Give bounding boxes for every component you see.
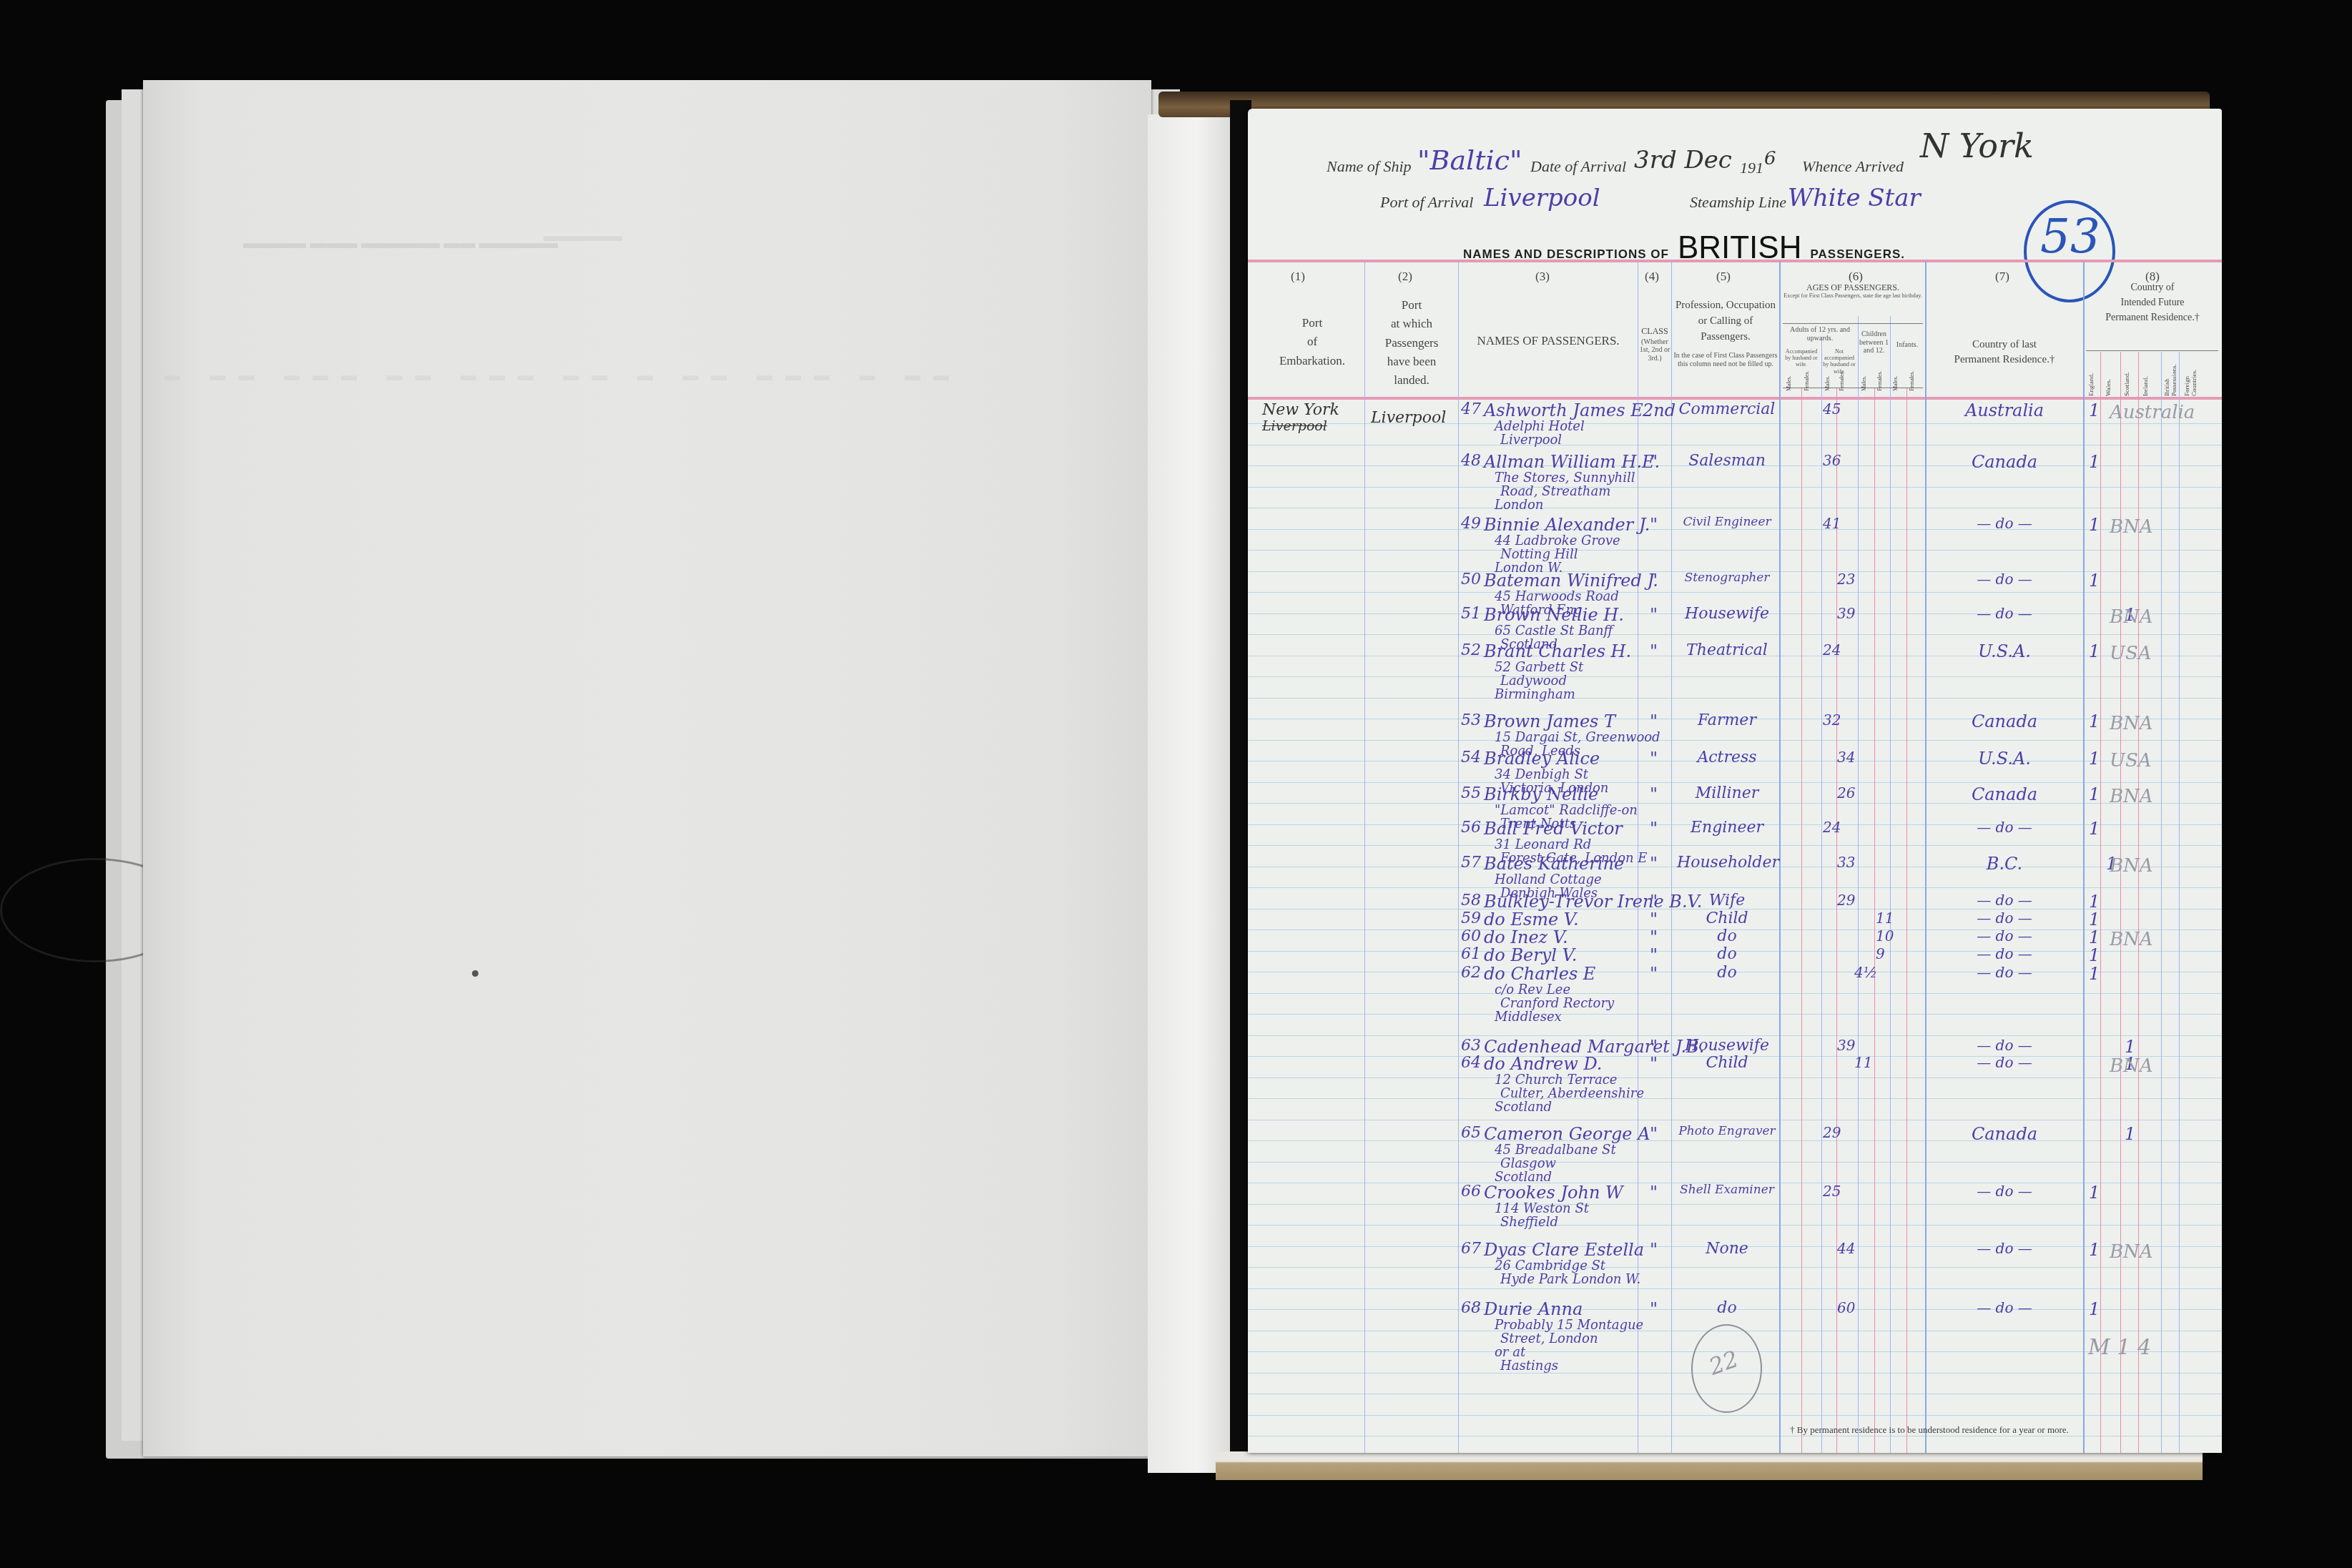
future-residence-note: BNA [2110, 606, 2153, 628]
passenger-name: Dyas Clare Estella [1484, 1240, 1644, 1260]
passenger-name: Ashworth James E [1484, 400, 1643, 420]
col-divider [1671, 261, 1672, 1453]
label-date-of-arrival: Date of Arrival [1530, 157, 1626, 176]
label-name-of-ship: Name of Ship [1327, 157, 1412, 176]
future-england-mark: 1 [2089, 515, 2100, 535]
last-residence: B.C. [1929, 854, 2080, 874]
passenger-name: Bateman Winifred J. [1484, 571, 1658, 591]
bleed-through-text: ▬▬▬▬ ▬▬▬ ▬▬▬▬▬ ▬▬ ▬▬▬▬▬ [243, 234, 558, 252]
col-number-3: (3) [1535, 270, 1550, 284]
age-subheader: Females. [1839, 348, 1845, 391]
passenger-class: " [1650, 515, 1658, 535]
future-england-mark: 1 [2089, 909, 2100, 930]
ruled-line [1248, 487, 2222, 488]
passenger-occupation: Actress [1677, 749, 1777, 766]
passenger-age: 24 [1823, 819, 1841, 836]
ruled-line [1248, 1267, 2222, 1268]
age-subheader: Males. [1861, 348, 1867, 391]
passenger-age: 9 [1876, 945, 1885, 962]
future-england-mark: 1 [2089, 749, 2100, 769]
last-residence: — do — [1929, 909, 2080, 927]
age-subcol-divider [1874, 388, 1875, 1453]
passenger-class: " [1650, 964, 1658, 984]
last-residence: Canada [1929, 1124, 2080, 1144]
passenger-name: Bates Katherine [1484, 854, 1624, 874]
passenger-occupation: Child [1677, 1054, 1777, 1072]
passenger-age: 11 [1854, 1054, 1872, 1071]
future-england-mark: 1 [2089, 711, 2100, 731]
passenger-number: 60 [1461, 927, 1481, 945]
passenger-number: 52 [1461, 641, 1481, 659]
passenger-number: 54 [1461, 749, 1481, 766]
value-whence-arrived: N York [1920, 127, 2034, 165]
passenger-number: 65 [1461, 1124, 1481, 1142]
last-residence: — do — [1929, 1037, 2080, 1054]
passenger-age: 36 [1823, 452, 1841, 469]
future-residence-subheader: Ireland. [2142, 353, 2149, 396]
passenger-occupation: do [1677, 1299, 1777, 1317]
passenger-number: 55 [1461, 784, 1481, 802]
ruled-line [1248, 445, 2222, 445]
age-subcol-divider [1821, 337, 1822, 1453]
passenger-occupation: Engineer [1677, 819, 1777, 837]
passenger-age: 39 [1837, 605, 1855, 622]
last-residence: U.S.A. [1929, 641, 2080, 661]
passenger-class: " [1650, 909, 1658, 930]
future-england-mark: 1 [2089, 571, 2100, 591]
inner-fold-page [1148, 114, 1230, 1473]
passenger-occupation: Housewife [1677, 1037, 1777, 1055]
last-residence: Canada [1929, 784, 2080, 804]
ruled-line [1248, 1162, 2222, 1163]
last-residence: — do — [1929, 1054, 2080, 1071]
ruled-line [1248, 1014, 2222, 1015]
passenger-name: Brown James T [1484, 711, 1615, 731]
ruled-line [1248, 782, 2222, 783]
passenger-name: Bulkley-Trevor Irene B.V. [1484, 892, 1702, 912]
passenger-occupation: Theatrical [1677, 641, 1777, 659]
passenger-number: 57 [1461, 854, 1481, 872]
footnote: † By permanent residence is to be unders… [1790, 1424, 2069, 1436]
last-residence: — do — [1929, 1299, 2080, 1316]
col-divider [1458, 261, 1459, 1453]
passenger-class: " [1650, 819, 1658, 839]
ruled-line [1248, 1035, 2222, 1036]
col-header-class: CLASS (Whether 1st, 2nd or 3rd.) [1638, 325, 1671, 363]
age-subcol-divider [1890, 316, 1891, 1453]
col-header-future-residence: Country of Intended Future Permanent Res… [2085, 280, 2220, 325]
passenger-class: " [1650, 1183, 1658, 1203]
passenger-address-line: Hastings [1500, 1360, 1558, 1374]
age-subheader: Males. [1786, 348, 1792, 391]
col-divider [1779, 261, 1781, 1453]
passenger-name: do Inez V. [1484, 927, 1568, 947]
col-header-occupation: Profession, Occupation or Calling of Pas… [1673, 298, 1778, 368]
passenger-class: " [1650, 1054, 1658, 1074]
age-subheader-line [1783, 323, 1923, 324]
passenger-class: " [1650, 927, 1658, 947]
age-subcol-divider [1906, 388, 1907, 1453]
paper-speck [472, 970, 478, 977]
passenger-class: " [1650, 452, 1658, 472]
future-england-mark: 1 [2089, 1299, 2100, 1319]
passenger-occupation: Salesman [1677, 452, 1777, 470]
passenger-name: Birkby Nellie [1484, 784, 1598, 804]
passenger-name: Crookes John W [1484, 1183, 1623, 1203]
last-residence: — do — [1929, 571, 2080, 588]
passenger-address-line: Birmingham [1495, 689, 1575, 702]
passenger-number: 58 [1461, 892, 1481, 909]
passenger-name: Brant Charles H. [1484, 641, 1631, 661]
passenger-occupation: do [1677, 945, 1777, 963]
tally-mark: M 1 4 [2088, 1335, 2151, 1360]
passenger-name: Binnie Alexander J. [1484, 515, 1650, 535]
passenger-occupation: Farmer [1677, 711, 1777, 729]
passenger-number: 49 [1461, 515, 1481, 533]
value-steamship-line: White Star [1788, 184, 1921, 212]
bleed-through-text: ▬ ▬▬ ▬▬▬ ▬▬ ▬▬▬ ▬▬ ▬ ▬▬ ▬▬▬ ▬ ▬▬ [164, 366, 1094, 385]
last-residence: Canada [1929, 711, 2080, 731]
passenger-name: Bradley Alice [1484, 749, 1600, 769]
passenger-occupation: None [1677, 1240, 1777, 1258]
age-subheader: Females. [1876, 348, 1883, 391]
future-residence-note: Australia [2110, 402, 2195, 423]
passenger-address-line: Liverpool [1500, 434, 1562, 448]
passenger-occupation: do [1677, 964, 1777, 982]
passenger-class: " [1650, 892, 1658, 912]
passenger-number: 48 [1461, 452, 1481, 470]
passenger-name: Allman William H.E. [1484, 452, 1660, 472]
passenger-number: 53 [1461, 711, 1481, 729]
col-number-2: (2) [1398, 270, 1412, 284]
last-residence: — do — [1929, 605, 2080, 622]
passenger-occupation: Civil Engineer [1677, 515, 1777, 529]
ruled-line [1248, 550, 2222, 551]
value-year-suffix: 6 [1764, 148, 1776, 169]
passenger-class: " [1650, 1124, 1658, 1144]
page-number: 53 [2040, 209, 2100, 264]
last-residence: — do — [1929, 892, 2080, 909]
last-residence: — do — [1929, 927, 2080, 945]
passenger-age: 41 [1823, 515, 1841, 532]
passenger-number: 67 [1461, 1240, 1481, 1258]
passenger-name: Cameron George A [1484, 1124, 1650, 1144]
embarkation-port: New York Liverpool [1262, 402, 1339, 434]
passenger-class: " [1650, 1240, 1658, 1260]
ruled-line [1248, 592, 2222, 593]
passenger-name: Durie Anna [1484, 1299, 1583, 1319]
col-header-port-landed: Port at which Passengers have been lande… [1366, 296, 1457, 390]
passenger-age: 24 [1823, 641, 1841, 659]
col-divider [1925, 261, 1927, 1453]
future-england-mark: 1 [2089, 1183, 2100, 1203]
passenger-class: " [1650, 571, 1658, 591]
passenger-age: 45 [1823, 400, 1841, 418]
passenger-occupation: Child [1677, 909, 1777, 927]
passenger-age: 60 [1837, 1299, 1855, 1316]
col-number-1: (1) [1291, 270, 1305, 284]
future-subcol-divider [2100, 352, 2101, 1453]
passenger-age: 4½ [1854, 964, 1877, 981]
future-england-mark: 1 [2089, 400, 2100, 420]
passenger-age: 29 [1837, 892, 1855, 909]
future-residence-subheader: British Possessions. [2163, 353, 2178, 396]
col-divider [2083, 261, 2085, 1453]
age-subcol-divider [1801, 388, 1802, 1453]
passenger-number: 51 [1461, 605, 1481, 623]
value-port-of-arrival: Liverpool [1484, 184, 1600, 212]
passenger-age: 11 [1876, 909, 1894, 927]
landed-port: Liverpool [1371, 409, 1446, 427]
age-subcol-divider [1836, 388, 1837, 1453]
passenger-number: 59 [1461, 909, 1481, 927]
left-page-blank[interactable]: ▬▬▬▬ ▬▬▬ ▬▬▬▬▬ ▬▬ ▬▬▬▬▬ ▬▬▬▬▬ ▬ ▬▬ ▬▬▬ ▬… [143, 80, 1151, 1456]
passenger-age: 10 [1876, 927, 1894, 945]
passenger-name: do Beryl V. [1484, 945, 1577, 965]
col-header-ages: AGES OF PASSENGERS. Except for First Cla… [1783, 282, 1923, 300]
passenger-class: " [1650, 749, 1658, 769]
last-residence: — do — [1929, 1183, 2080, 1200]
age-subcol-divider [1858, 316, 1859, 1453]
future-england-mark: 1 [2089, 1240, 2100, 1260]
last-residence: Australia [1929, 400, 2080, 420]
header-rule-bottom [1248, 397, 2222, 400]
col-number-5: (5) [1716, 270, 1731, 284]
passenger-age: 34 [1837, 749, 1855, 766]
passenger-age: 32 [1823, 711, 1841, 729]
ruled-line [1248, 634, 2222, 635]
passenger-occupation: Photo Engraver [1677, 1124, 1777, 1138]
ruled-line [1248, 740, 2222, 741]
future-residence-subheader: Wales. [2105, 353, 2112, 396]
passenger-occupation: Householder [1677, 854, 1777, 872]
passenger-class: 2nd [1643, 400, 1676, 420]
ruled-line [1248, 1098, 2222, 1099]
passenger-class: " [1650, 784, 1658, 804]
ruled-line [1248, 1436, 2222, 1436]
passenger-number: 56 [1461, 819, 1481, 837]
value-arrival-day: 3rd Dec [1634, 146, 1732, 174]
future-england-mark: 1 [2089, 964, 2100, 984]
col-header-embarkation: Port of Embarkation. [1262, 314, 1362, 370]
col-header-adults: Adults of 12 yrs. and upwards. [1783, 326, 1857, 342]
future-residence-note: BNA [2110, 1241, 2153, 1263]
passenger-address-line: Hyde Park London W. [1500, 1273, 1640, 1287]
last-residence: — do — [1929, 819, 2080, 836]
passenger-occupation: do [1677, 927, 1777, 945]
future-england-mark: 1 [2089, 892, 2100, 912]
col-number-6: (6) [1849, 270, 1863, 284]
passenger-address-line: London [1495, 499, 1543, 513]
last-residence: — do — [1929, 1240, 2080, 1257]
passenger-class: " [1650, 641, 1658, 661]
passenger-name: do Esme V. [1484, 909, 1579, 930]
col-number-4: (4) [1645, 270, 1659, 284]
age-subheader: Females. [1804, 348, 1810, 391]
future-residence-note: USA [2110, 643, 2152, 664]
future-residence-note: USA [2110, 750, 2152, 771]
passenger-number: 66 [1461, 1183, 1481, 1200]
age-subheader: Males. [1824, 348, 1831, 391]
future-residence-note: BNA [2110, 855, 2153, 877]
future-residence-subheader: Scotland. [2123, 353, 2130, 396]
passenger-occupation: Wife [1677, 892, 1777, 909]
future-residence-note: BNA [2110, 929, 2153, 950]
col-divider [1364, 261, 1365, 1453]
passenger-number: 47 [1461, 400, 1481, 418]
passenger-name: Ball Fred Victor [1484, 819, 1623, 839]
passenger-number: 50 [1461, 571, 1481, 588]
passenger-occupation: Shell Examiner [1677, 1183, 1777, 1197]
ruled-line [1248, 1204, 2222, 1205]
passenger-address-line: Scotland [1495, 1101, 1552, 1115]
passenger-number: 61 [1461, 945, 1481, 963]
future-residence-note: BNA [2110, 786, 2153, 807]
ruled-line [1248, 1415, 2222, 1416]
future-england-mark: 1 [2089, 784, 2100, 804]
value-ship-name: "Baltic" [1417, 144, 1522, 176]
future-scotland-mark: 1 [2125, 1124, 2135, 1144]
ruled-line [1248, 993, 2222, 994]
passenger-age: 29 [1823, 1124, 1841, 1141]
passenger-age: 23 [1837, 571, 1855, 588]
passenger-class: " [1650, 945, 1658, 965]
label-whence-arrived: Whence Arrived [1802, 157, 1904, 176]
passenger-class: " [1650, 1299, 1658, 1319]
future-subcol-divider [2161, 352, 2162, 1453]
passenger-number: 62 [1461, 964, 1481, 982]
future-england-mark: 1 [2089, 452, 2100, 472]
passenger-number: 63 [1461, 1037, 1481, 1055]
ruled-line [1248, 1225, 2222, 1226]
label-steamship-line: Steamship Line [1690, 193, 1786, 212]
passenger-occupation: Commercial [1677, 400, 1777, 418]
last-residence: — do — [1929, 945, 2080, 962]
age-subheader: Females. [1909, 348, 1915, 391]
passenger-age: 44 [1837, 1240, 1855, 1257]
passenger-age: 33 [1837, 854, 1855, 871]
future-residence-note: BNA [2110, 1055, 2153, 1077]
ruled-line [1248, 1120, 2222, 1120]
ruled-line [1248, 508, 2222, 508]
bleed-through-text: ▬▬▬▬▬ [543, 227, 622, 245]
ruled-line [1248, 845, 2222, 846]
ruled-line [1248, 887, 2222, 888]
binding-edge-bottom [1216, 1451, 2203, 1480]
passenger-age: 39 [1837, 1037, 1855, 1054]
future-residence-subheader: England. [2087, 353, 2095, 396]
future-residence-subheader: Foreign Countries. [2183, 353, 2198, 396]
passenger-class: " [1650, 854, 1658, 874]
label-port-of-arrival: Port of Arrival [1380, 193, 1473, 212]
passenger-name: do Andrew D. [1484, 1054, 1602, 1074]
ruled-line [1248, 1288, 2222, 1289]
future-england-mark: 1 [2089, 819, 2100, 839]
future-england-mark: 1 [2089, 641, 2100, 661]
passenger-address-line: Sheffield [1500, 1216, 1558, 1230]
passenger-number: 68 [1461, 1299, 1481, 1317]
future-england-mark: 1 [2089, 945, 2100, 965]
passenger-address-line: Middlesex [1495, 1011, 1562, 1025]
passenger-occupation: Milliner [1677, 784, 1777, 802]
passenger-class: " [1650, 605, 1658, 625]
future-residence-note: BNA [2110, 516, 2153, 538]
label-year-prefix: 191 [1740, 159, 1763, 177]
last-residence: — do — [1929, 964, 2080, 981]
col-number-7: (7) [1995, 270, 2009, 284]
future-subheader-line [2086, 350, 2218, 351]
passenger-occupation: Housewife [1677, 605, 1777, 623]
passenger-age: 25 [1823, 1183, 1841, 1200]
header-rule-top [1248, 260, 2222, 262]
last-residence: U.S.A. [1929, 749, 2080, 769]
passenger-class: " [1650, 711, 1658, 731]
ruled-line [1248, 1078, 2222, 1078]
passenger-age: 26 [1837, 784, 1855, 802]
ruled-line [1248, 676, 2222, 677]
passenger-name: do Charles E [1484, 964, 1595, 984]
future-residence-note: BNA [2110, 713, 2153, 734]
future-england-mark: 1 [2089, 927, 2100, 947]
last-residence: Canada [1929, 452, 2080, 472]
age-subheader: Males. [1892, 348, 1899, 391]
future-subcol-divider [2179, 352, 2180, 1453]
passenger-name: Brown Nellie H. [1484, 605, 1624, 625]
right-page-passenger-list[interactable]: Name of Ship "Baltic" Date of Arrival 3r… [1248, 109, 2222, 1453]
last-residence: — do — [1929, 515, 2080, 532]
col-header-last-residence: Country of last Permanent Residence.† [1927, 337, 2082, 368]
col-header-names: NAMES OF PASSENGERS. [1462, 332, 1634, 350]
passenger-occupation: Stenographer [1677, 571, 1777, 585]
ruled-line [1248, 698, 2222, 699]
passenger-number: 64 [1461, 1054, 1481, 1072]
